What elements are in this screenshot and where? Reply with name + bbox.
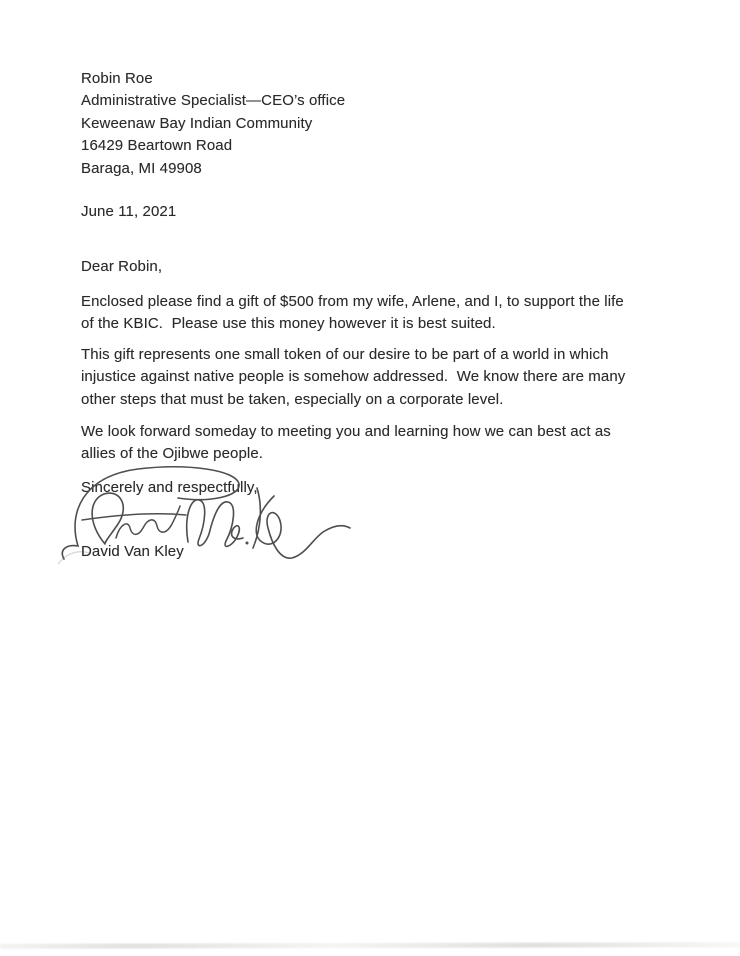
recipient-name: Robin Roe [81, 68, 345, 90]
typed-sender-name: David Van Kley [81, 541, 184, 563]
body-paragraph-3: We look forward someday to meeting you a… [81, 421, 611, 466]
body-paragraph-2: This gift represents one small token of … [81, 344, 625, 411]
signature-va-stroke [187, 500, 243, 547]
recipient-title: Administrative Specialist—CEO’s office [81, 90, 345, 112]
recipient-organization: Keweenaw Bay Indian Community [81, 113, 345, 135]
scan-edge-shadow [0, 942, 740, 949]
recipient-city-state-zip: Baraga, MI 49908 [81, 158, 345, 180]
signature-kley-stroke [256, 496, 350, 558]
letter-date: June 11, 2021 [81, 201, 176, 223]
recipient-street: 16429 Beartown Road [81, 135, 345, 157]
closing-line: Sincerely and respectfully, [81, 477, 258, 499]
body-paragraph-1: Enclosed please find a gift of $500 from… [81, 291, 624, 336]
signature-strike-stroke [82, 514, 186, 520]
signature-dot [246, 542, 249, 545]
salutation: Dear Robin, [81, 256, 162, 278]
signature-d-stroke [92, 493, 123, 544]
signature-small-letters-stroke [116, 506, 180, 538]
recipient-address-block: Robin Roe Administrative Specialist—CEO’… [81, 68, 345, 180]
scanned-letter-page: Robin Roe Administrative Specialist—CEO’… [0, 0, 740, 956]
